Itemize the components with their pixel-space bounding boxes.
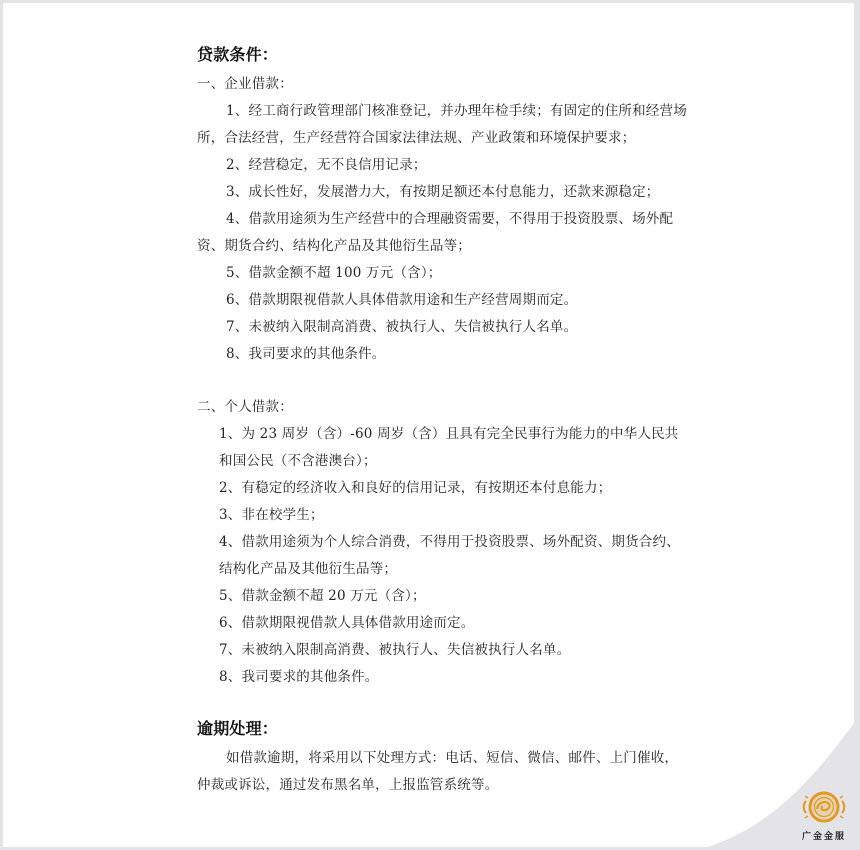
overdue-paragraph: 如借款逾期，将采用以下处理方式：电话、短信、微信、邮件、上门催收，仲裁或诉讼，通… <box>197 745 687 799</box>
list-item: 7、未被纳入限制高消费、被执行人、失信被执行人名单。 <box>197 314 687 341</box>
list-item: 4、借款用途须为个人综合消费，不得用于投资股票、场外配资、期货合约、结构化产品及… <box>197 529 687 583</box>
list-item: 7、未被纳入限制高消费、被执行人、失信被执行人名单。 <box>197 637 687 664</box>
section-heading-overdue: 逾期处理： <box>197 713 687 745</box>
list-item: 3、非在校学生； <box>197 502 687 529</box>
list-item: 1、为 23 周岁（含）-60 周岁（含）且具有完全民事行为能力的中华人民共和国… <box>197 421 687 475</box>
spacer <box>197 368 687 394</box>
list-item: 6、借款期限视借款人具体借款用途而定。 <box>197 610 687 637</box>
gold-dragon-emblem-icon <box>802 790 846 824</box>
list-item: 3、成长性好，发展潜力大，有按期足额还本付息能力，还款来源稳定； <box>197 179 687 206</box>
group-title-personal: 二、个人借款： <box>197 394 687 421</box>
list-item: 2、经营稳定，无不良信用记录； <box>197 152 687 179</box>
list-item: 6、借款期限视借款人具体借款用途和生产经营周期而定。 <box>197 287 687 314</box>
list-item: 8、我司要求的其他条件。 <box>197 341 687 368</box>
document-page: 贷款条件： 一、企业借款： 1、经工商行政管理部门核准登记，并办理年检手续；有固… <box>3 3 854 847</box>
document-content: 贷款条件： 一、企业借款： 1、经工商行政管理部门核准登记，并办理年检手续；有固… <box>197 39 687 799</box>
list-item: 5、借款金额不超 100 万元（含）； <box>197 260 687 287</box>
spacer <box>197 691 687 713</box>
section-heading-loan-conditions: 贷款条件： <box>197 39 687 71</box>
company-logo: 广金金服 <box>796 790 852 844</box>
group-title-enterprise: 一、企业借款： <box>197 71 687 98</box>
list-item: 8、我司要求的其他条件。 <box>197 664 687 691</box>
logo-text: 广金金服 <box>796 829 852 842</box>
list-item: 4、借款用途须为生产经营中的合理融资需要，不得用于投资股票、场外配资、期货合约、… <box>197 206 687 260</box>
list-item: 1、经工商行政管理部门核准登记，并办理年检手续；有固定的住所和经营场所，合法经营… <box>197 98 687 152</box>
list-item: 2、有稳定的经济收入和良好的信用记录，有按期还本付息能力； <box>197 475 687 502</box>
list-item: 5、借款金额不超 20 万元（含）； <box>197 583 687 610</box>
